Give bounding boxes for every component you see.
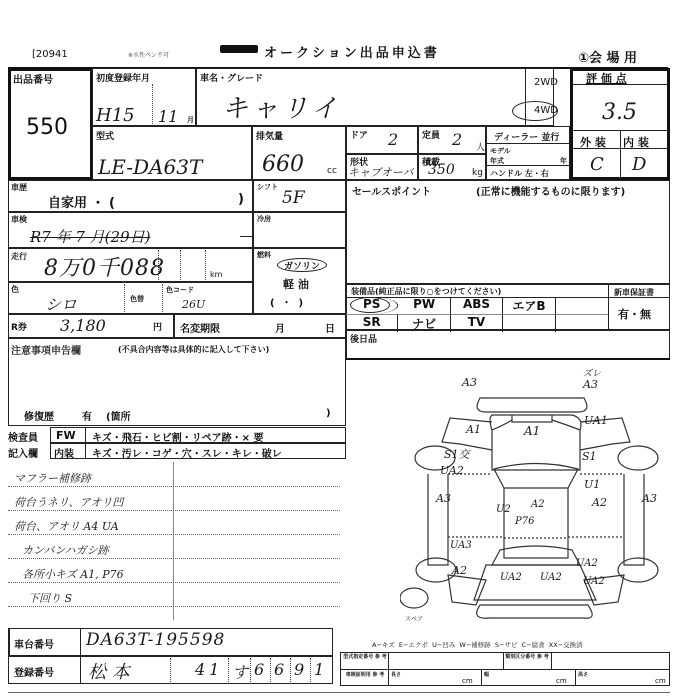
name-change-day: 日	[325, 320, 335, 335]
note-line: 下回り S	[28, 590, 72, 606]
equip-pw[interactable]: PW	[398, 297, 450, 314]
divider	[572, 84, 668, 85]
lot-number-label: 出品番号	[13, 71, 53, 86]
reg-region: 松 本	[88, 658, 130, 684]
divider	[173, 462, 174, 620]
damage-mark: UA2	[540, 572, 562, 583]
equipment-label: 装備品(純正品に限り○をつけてください)	[351, 286, 501, 297]
history-value: 自家用 ・ (	[48, 192, 115, 211]
fuel-diesel: 軽 油	[283, 276, 309, 292]
equip-blank[interactable]	[556, 297, 608, 314]
damage-mark: UA1	[584, 414, 608, 427]
later-items-label: 後日品	[350, 332, 377, 345]
reg-digit: 6	[274, 660, 284, 679]
damage-mark: A1	[524, 424, 540, 438]
notes-label: 注意事項申告欄	[11, 342, 81, 357]
damage-mark: U1	[584, 478, 600, 491]
divider	[228, 658, 229, 682]
width-label: 幅	[484, 671, 489, 678]
later-items-cell	[346, 330, 670, 360]
repaint-label: 色替	[130, 294, 144, 304]
sheet-id: [20941	[32, 49, 68, 60]
divider	[486, 143, 570, 144]
fuel-other: ( ・ )	[270, 294, 303, 309]
spare-label: スペア	[405, 614, 423, 623]
damage-mark: UA2	[583, 576, 605, 587]
divider	[290, 658, 291, 682]
fuel-gasoline: ガソリン	[284, 259, 320, 272]
divider	[8, 582, 340, 583]
capacity: 2	[452, 130, 462, 149]
capacity-label: 定員	[422, 128, 440, 141]
color-code-label: 色コード	[166, 285, 194, 295]
repair-value: 有	[82, 408, 92, 423]
first-reg-year: H15	[96, 105, 135, 126]
length-label: 長さ	[391, 671, 401, 678]
divider	[388, 652, 389, 686]
inspection-date: R7 年 7 月(29日)	[30, 226, 150, 247]
handle-label: ハンドル 左・右	[490, 168, 549, 179]
interior-items: キズ・汚レ・コゲ・穴・スレ・キレ・破レ	[92, 445, 282, 460]
divider	[205, 250, 206, 280]
divider	[575, 669, 576, 686]
note-line: カンバンハガシ跡	[22, 542, 108, 558]
repair-label: 修復歴	[24, 408, 54, 423]
note-line: 各所小キズ A1, P76	[22, 566, 124, 582]
chassis-label: 車台番号	[14, 636, 54, 651]
divider	[162, 284, 163, 312]
category-label: 類別区分番号 参 考	[505, 653, 549, 660]
divider	[85, 427, 86, 459]
note-line: 荷台うネリ、アオリ凹	[14, 494, 123, 510]
width-unit: cm	[556, 677, 567, 685]
divider	[152, 84, 153, 124]
warranty-value: 有・無	[618, 306, 651, 322]
damage-mark: UA2	[576, 558, 598, 569]
drive-4wd: 4WD	[534, 105, 558, 116]
interior-row-label: 内装	[54, 445, 74, 460]
drive-2wd: 2WD	[534, 77, 558, 88]
equip-abs[interactable]: ABS	[451, 297, 503, 314]
divider	[503, 652, 504, 669]
type-approval-label: 型式指定番号 参 考	[342, 653, 388, 660]
history-cell	[8, 180, 253, 212]
divider	[8, 486, 340, 487]
lot-number: 550	[26, 115, 68, 140]
fw-label: FW	[56, 429, 76, 442]
damage-mark: A2	[531, 499, 545, 510]
divider	[551, 652, 552, 669]
damage-mark: S1	[582, 450, 597, 463]
doors: 2	[388, 130, 398, 149]
chassis-number: DA63T-195598	[86, 630, 225, 650]
divider	[8, 558, 340, 559]
divider	[340, 669, 670, 670]
exterior-grade: C	[590, 154, 604, 175]
height-unit: cm	[655, 677, 666, 685]
divider	[572, 148, 668, 149]
sales-point-hint: (正常に機能するものに限ります)	[476, 183, 625, 198]
damage-mark: UA2	[500, 572, 522, 583]
divider	[608, 284, 609, 330]
damage-mark: U2	[496, 504, 511, 515]
divider	[486, 165, 570, 166]
history-close: )	[238, 192, 244, 207]
divider	[8, 534, 340, 535]
history-label: 車歴	[11, 182, 27, 193]
interior-grade: D	[632, 154, 646, 175]
cert-label: 車検証明用 参 考	[342, 671, 388, 678]
color-value: シロ	[45, 292, 77, 315]
reg-class: 41	[195, 660, 223, 679]
damage-mark: A3	[642, 492, 657, 505]
inspector-label-2: 記入欄	[8, 445, 38, 460]
first-reg-label: 初度登録年月	[96, 71, 150, 84]
load: 350	[428, 162, 455, 178]
repair-location: (箇所	[106, 408, 131, 423]
mileage-unit: km	[210, 270, 222, 279]
mileage-value: 8万0千088	[44, 251, 165, 282]
divider	[250, 658, 251, 682]
first-reg-month: 11	[158, 107, 178, 126]
damage-mark: A3	[436, 492, 451, 505]
model-code: LE-DA63T	[98, 155, 202, 179]
displacement: 660	[262, 152, 304, 177]
divider	[346, 358, 670, 360]
dealer-label: ディーラー 並行	[494, 130, 559, 143]
model-label: 型式	[96, 129, 114, 142]
divider	[180, 250, 181, 280]
damage-mark: S1交	[444, 446, 470, 462]
equip-airbag[interactable]: エアB	[503, 297, 555, 314]
body-type: キャブオーバ	[348, 164, 413, 180]
doors-label: ドア	[350, 128, 368, 141]
length-unit: cm	[462, 677, 473, 685]
load-unit: kg	[472, 168, 483, 178]
recycle-value: 3,180	[60, 316, 106, 335]
divider	[620, 130, 621, 178]
name-change-label: 名変期限	[180, 320, 220, 335]
recycle-label: R券	[11, 320, 27, 333]
ink-note: ※水性ペン不可	[128, 50, 169, 59]
displacement-unit: cc	[327, 166, 337, 176]
damage-mark: P76	[515, 516, 534, 527]
divider	[481, 669, 482, 686]
divider	[8, 606, 340, 607]
damage-mark: A3	[583, 378, 598, 391]
capacity-unit: 人	[476, 140, 485, 153]
reg-digit: 6	[254, 660, 264, 679]
note-line: 荷台、アオリ A4 UA	[14, 518, 119, 534]
damage-mark: A2	[592, 496, 607, 509]
name-change-month: 月	[275, 320, 285, 335]
shift: 5F	[282, 188, 305, 208]
divider	[8, 510, 340, 511]
divider	[124, 284, 125, 312]
note-line: マフラー補修跡	[14, 470, 91, 486]
reg-digit: 9	[294, 660, 304, 679]
auction-logo	[220, 45, 258, 53]
damage-mark: UA2	[440, 464, 464, 477]
reg-kana: す	[232, 660, 248, 683]
fw-items: キズ・飛石・ヒビ割・リペア跡・× 要	[92, 429, 263, 444]
car-name: キャリイ	[222, 88, 341, 125]
reg-label: 登録番号	[14, 664, 54, 679]
repair-close: )	[326, 408, 331, 419]
shift-label: シフト	[257, 182, 278, 192]
ps-circle	[350, 297, 390, 313]
notes-hint: (不具合内容等は具体的に記入して下さい)	[118, 344, 269, 355]
inspection-label: 車検	[11, 214, 27, 225]
damage-legend: A−キズ E−エクボ U−凹み W−補修跡 S−サビ C−腐食 XX−交換済	[372, 640, 583, 649]
handwritten-notes: マフラー補修跡 荷台うネリ、アオリ凹 荷台、アオリ A4 UA カンバンハガシ跡…	[8, 462, 348, 620]
color-code: 26U	[182, 298, 205, 311]
divider	[310, 658, 311, 682]
form-title: オークション出品申込書	[264, 42, 440, 61]
divider	[240, 236, 254, 237]
displacement-label: 排気量	[256, 129, 283, 142]
inspector-label-1: 検査員	[8, 429, 38, 444]
height-label: 高さ	[578, 671, 588, 678]
venue-copy-label: ①会 場 用	[578, 47, 637, 66]
damage-mark: A3	[462, 376, 477, 389]
recycle-unit: 円	[153, 320, 162, 333]
damage-mark: A2	[452, 564, 467, 577]
fuel-label: 燃料	[257, 250, 271, 260]
sales-point-label: セールスポイント	[352, 183, 431, 198]
ac-label: 冷房	[257, 214, 271, 224]
car-name-label: 車名・グレード	[200, 71, 263, 84]
damage-mark: A1	[466, 423, 481, 436]
mileage-label: 走行	[11, 251, 27, 262]
model-year-label: モデル 年式	[490, 146, 518, 166]
color-label: 色	[11, 284, 19, 295]
divider	[270, 658, 271, 682]
grade-value: 3.5	[602, 100, 637, 125]
footer-rule	[8, 692, 670, 693]
damage-mark: UA3	[450, 540, 472, 551]
month-unit: 月	[187, 115, 194, 125]
divider	[170, 658, 171, 682]
reg-digit: 1	[314, 660, 324, 679]
